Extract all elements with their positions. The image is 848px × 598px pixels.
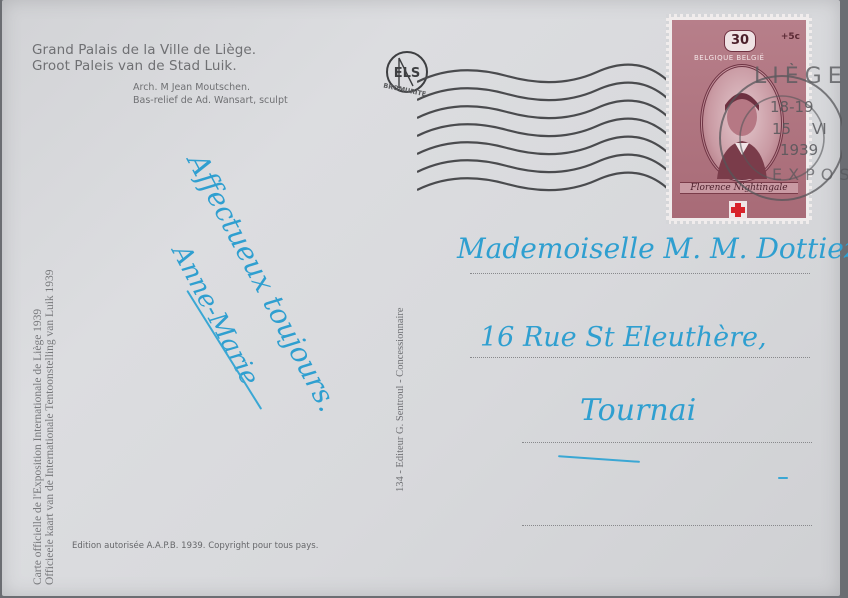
stamp-value: 30 — [724, 30, 756, 52]
caption-title-nl: Groot Paleis van de Stad Luik. — [32, 58, 237, 74]
ink-dash — [778, 477, 788, 479]
postcard-back: Grand Palais de la Ville de Liège. Groot… — [2, 0, 840, 596]
address-rule-1 — [470, 273, 810, 274]
postmark-ring-text: EXPOSIT — [772, 165, 848, 184]
side-text: Carte officielle de l'Exposition Interna… — [32, 269, 56, 585]
address-city: Tournai — [580, 393, 696, 428]
side-text-fr: Carte officielle de l'Exposition Interna… — [32, 269, 44, 585]
footer-copyright: Edition autorisée A.A.P.B. 1939. Copyrig… — [72, 541, 318, 551]
publisher-line: 134 - Editeur G. Sentroul - Concessionna… — [395, 307, 406, 492]
address-rule-3 — [522, 442, 812, 443]
postmark-time: 18-19 — [770, 98, 814, 116]
side-text-nl: Officieele kaart van de Internationale T… — [44, 269, 56, 585]
caption-architect: Arch. M Jean Moutschen. — [133, 82, 250, 93]
postmark-month: VI — [812, 120, 827, 138]
postmark-city: LIÈGE — [754, 64, 848, 89]
caption-title-fr: Grand Palais de la Ville de Liège. — [32, 42, 256, 58]
address-rule-2 — [470, 357, 810, 358]
stamp-surcharge: +5c — [781, 32, 800, 42]
address-rule-4 — [522, 525, 812, 526]
city-underline — [558, 455, 640, 463]
address-recipient: Mademoiselle M. M. Dottiez, — [457, 232, 848, 265]
postmark-day: 15 — [772, 120, 791, 138]
wavy-cancellation-icon — [417, 62, 667, 192]
caption-sculptor: Bas-relief de Ad. Wansart, sculpt — [133, 95, 288, 106]
address-street: 16 Rue St Eleuthère, — [480, 322, 767, 353]
postmark-year: 1939 — [780, 141, 818, 159]
